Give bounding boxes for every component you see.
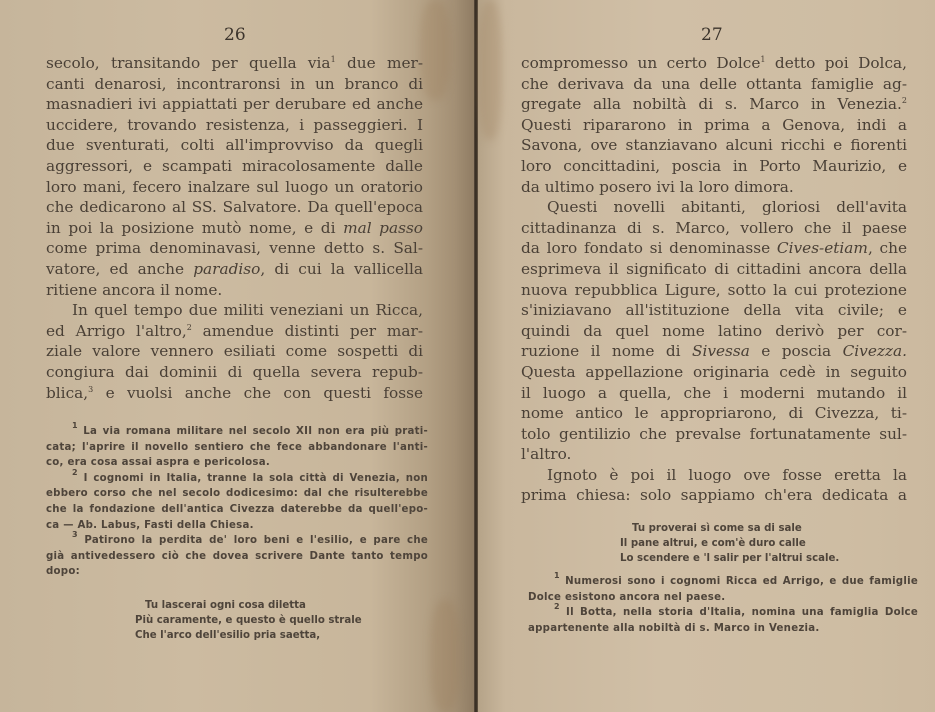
footnotes: 1 La via romana militare nel secolo XII … (46, 424, 428, 580)
body-text: compromesso un certo Dolce1 detto poi Do… (521, 53, 907, 506)
italic-term: Civezza. (843, 342, 907, 360)
text-line: che derivava da una delle ottanta famigl… (521, 74, 907, 95)
text-line: ed Arrigo l'altro,2 amendue distinti per… (46, 321, 423, 342)
text-line: in poi la posizione mutò nome, e di mal … (46, 218, 423, 239)
text-line: cittadinanza di s. Marco, vollero che il… (521, 218, 907, 239)
text-line: il luogo a quella, che i moderni mutando… (521, 383, 907, 404)
text-line: aggressori, e scampati miracolosamente d… (46, 156, 423, 177)
body-text: secolo, transitando per quella via1 due … (46, 53, 423, 403)
footnote-line: ca — Ab. Labus, Fasti della Chiesa. (46, 518, 428, 534)
right-page: 27 compromesso un certo Dolce1 detto poi… (478, 0, 935, 712)
footnote-line: che la fondazione dell'antica Civezza da… (46, 502, 428, 518)
italic-term: mal passo (343, 219, 423, 237)
footnote-line: 1 La via romana militare nel secolo XII … (46, 424, 428, 440)
left-page: 26 secolo, transitando per quella via1 d… (0, 0, 474, 712)
verse-line: Più caramente, e questo è quello strale (135, 613, 362, 628)
verse-line: Tu lascerai ogni cosa diletta (135, 598, 362, 613)
footnote-line: cata; l'aprire il novello sentiero che f… (46, 440, 428, 456)
footnote-line: già antivedessero ciò che dovea scrivere… (46, 549, 428, 565)
footnote-line: co, era cosa assai aspra e pericolosa. (46, 455, 428, 471)
footnote-line: 1 Numerosi sono i cognomi Ricca ed Arrig… (528, 574, 918, 590)
text-line: masnadieri ivi appiattati per derubare e… (46, 94, 423, 115)
verse-line: Lo scendere e 'l salir per l'altrui scal… (620, 551, 839, 566)
text-line: Questa appellazione originaria cedè in s… (521, 362, 907, 383)
text-line: blica,3 e vuolsi anche che con questi fo… (46, 383, 423, 404)
page-number: 26 (224, 25, 246, 45)
footnote-line: 3 Patirono la perdita de' loro beni e l'… (46, 533, 428, 549)
verse-line: Tu proverai sì come sa di sale (620, 521, 839, 536)
text-line: quindi da quel nome latino derivò per co… (521, 321, 907, 342)
text-line: compromesso un certo Dolce1 detto poi Do… (521, 53, 907, 74)
text-line: uccidere, trovando resistenza, i passegg… (46, 115, 423, 136)
verse-quote: Tu proverai sì come sa di sale Il pane a… (620, 521, 839, 566)
verse-line: Che l'arco dell'esilio pria saetta, (135, 628, 362, 643)
text-line: congiura dai dominii di quella severa re… (46, 362, 423, 383)
text-line: ruzione il nome di Sivessa e poscia Cive… (521, 341, 907, 362)
text-line: esprimeva il significato di cittadini an… (521, 259, 907, 280)
text-line: In quel tempo due militi veneziani un Ri… (46, 300, 423, 321)
verse-line: Il pane altrui, e com'è duro calle (620, 536, 839, 551)
text-line: ritiene ancora il nome. (46, 280, 423, 301)
text-line: nuova repubblica Ligure, sotto la cui pr… (521, 280, 907, 301)
water-stain (430, 600, 460, 712)
text-line: secolo, transitando per quella via1 due … (46, 53, 423, 74)
italic-term: Cives-etiam (777, 239, 868, 257)
footnote-line: Dolce esistono ancora nel paese. (528, 590, 918, 606)
text-line: prima chiesa: solo sappiamo ch'era dedic… (521, 485, 907, 506)
text-line: Questi novelli abitanti, gloriosi dell'a… (521, 197, 907, 218)
text-line: da ultimo posero ivi la loro dimora. (521, 177, 907, 198)
footnote-line: appartenente alla nobiltà di s. Marco in… (528, 621, 918, 637)
footnote-line: dopo: (46, 564, 428, 580)
text-line: Savona, ove stanziavano alcuni ricchi e … (521, 135, 907, 156)
text-line: che dedicarono al SS. Salvatore. Da quel… (46, 197, 423, 218)
water-stain (420, 0, 450, 100)
footnote-line: 2 I cognomi in Italia, tranne la sola ci… (46, 471, 428, 487)
book-spread: 26 secolo, transitando per quella via1 d… (0, 0, 935, 712)
text-line: nome antico le appropriarono, di Civezza… (521, 403, 907, 424)
text-line: gregate alla nobiltà di s. Marco in Vene… (521, 94, 907, 115)
footnote-ref[interactable]: 2 (902, 96, 907, 105)
text-line: Ignoto è poi il luogo ove fosse eretta l… (521, 465, 907, 486)
text-line: canti denarosi, incontraronsi in un bran… (46, 74, 423, 95)
text-line: ziale valore vennero esiliati come sospe… (46, 341, 423, 362)
page-number: 27 (701, 25, 723, 45)
text-line: tolo gentilizio che prevalse fortunatame… (521, 424, 907, 445)
water-stain (478, 0, 502, 140)
italic-term: paradiso (193, 260, 260, 278)
text-line: l'altro. (521, 444, 907, 465)
text-line: due sventurati, colti all'improvviso da … (46, 135, 423, 156)
italic-term: Sivessa (692, 342, 750, 360)
text-line: da loro fondato si denominasse Cives-eti… (521, 238, 907, 259)
text-line: vatore, ed anche paradiso, di cui la val… (46, 259, 423, 280)
text-line: come prima denominavasi, venne detto s. … (46, 238, 423, 259)
verse-quote: Tu lascerai ogni cosa diletta Più carame… (135, 598, 362, 643)
text-line: Questi ripararono in prima a Genova, ind… (521, 115, 907, 136)
footnotes: 1 Numerosi sono i cognomi Ricca ed Arrig… (528, 574, 918, 636)
footnote-line: 2 Il Botta, nella storia d'Italia, nomin… (528, 605, 918, 621)
text-line: loro concittadini, poscia in Porto Mauri… (521, 156, 907, 177)
text-line: s'iniziavano all'istituzione della vita … (521, 300, 907, 321)
text-line: loro mani, fecero inalzare sul luogo un … (46, 177, 423, 198)
footnote-line: ebbero corso che nel secolo dodicesimo: … (46, 486, 428, 502)
